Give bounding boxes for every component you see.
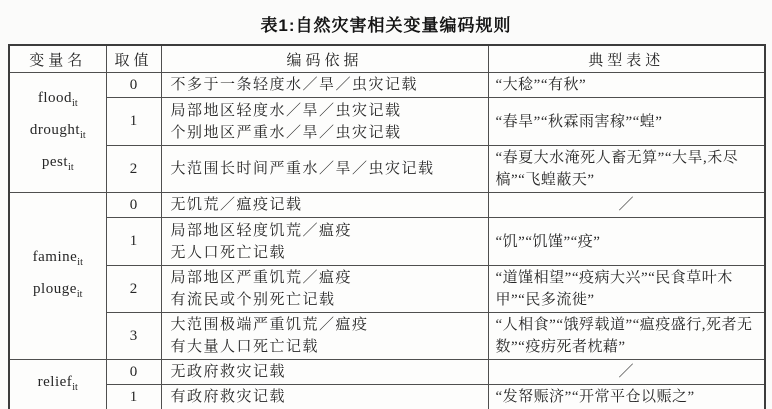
basis-line: 不多于一条轻度水／旱／虫灾记载 <box>171 74 484 96</box>
basis-line: 大范围长时间严重水／旱／虫灾记载 <box>171 158 484 180</box>
variable-base: plouge <box>33 281 77 297</box>
header-coding-basis: 编码依据 <box>161 45 488 73</box>
basis-line: 有大量人口死亡记载 <box>171 336 484 358</box>
basis-line: 局部地区轻度饥荒／瘟疫 <box>171 220 484 242</box>
typical-cell: ／ <box>488 360 765 385</box>
typical-cell: “人相食”“饿殍载道”“瘟疫盛行,死者无数”“疫疠死者枕藉” <box>488 313 765 360</box>
header-typical-expression: 典型表述 <box>488 45 765 73</box>
table-row: 2 局部地区严重饥荒／瘟疫 有流民或个别死亡记载 “道馑相望”“疫病大兴”“民食… <box>9 266 765 313</box>
basis-cell: 局部地区轻度水／旱／虫灾记载 个别地区严重水／旱／虫灾记载 <box>161 98 488 146</box>
variable-subscript: it <box>77 257 83 268</box>
value-cell: 3 <box>106 313 161 360</box>
value-cell: 2 <box>106 266 161 313</box>
basis-line: 个别地区严重水／旱／虫灾记载 <box>171 122 484 144</box>
basis-cell: 局部地区轻度饥荒／瘟疫 无人口死亡记载 <box>161 218 488 266</box>
basis-line: 无政府救灾记载 <box>171 361 484 383</box>
basis-line: 无人口死亡记载 <box>171 242 484 264</box>
variable-subscript: it <box>68 162 74 173</box>
variable-cell-famine-plouge: famineit plougeit <box>9 193 106 360</box>
value-cell: 1 <box>106 218 161 266</box>
value-cell: 2 <box>106 146 161 193</box>
basis-cell: 不多于一条轻度水／旱／虫灾记载 <box>161 73 488 98</box>
variable-plouge: plougeit <box>10 276 106 308</box>
variable-flood: floodit <box>10 85 106 117</box>
variable-subscript: it <box>77 289 83 300</box>
value-cell: 0 <box>106 193 161 218</box>
table-title: 表1:自然灾害相关变量编码规则 <box>0 11 772 36</box>
basis-line: 有政府救灾记载 <box>171 386 484 408</box>
basis-cell: 无政府救灾记载 <box>161 360 488 385</box>
basis-cell: 有政府救灾记载 <box>161 385 488 409</box>
variable-base: flood <box>38 90 72 106</box>
variable-subscript: it <box>80 130 86 141</box>
typical-cell: “发帑赈济”“开常平仓以赈之” <box>488 385 765 409</box>
table-row: floodit droughtit pestit 0 不多于一条轻度水／旱／虫灾… <box>9 73 765 98</box>
basis-cell: 局部地区严重饥荒／瘟疫 有流民或个别死亡记载 <box>161 266 488 313</box>
typical-cell: “饥”“饥馑”“疫” <box>488 218 765 266</box>
table-row: 3 大范围极端严重饥荒／瘟疫 有大量人口死亡记载 “人相食”“饿殍载道”“瘟疫盛… <box>9 313 765 360</box>
value-cell: 0 <box>106 73 161 98</box>
coding-rules-table: 变量名 取值 编码依据 典型表述 floodit droughtit pesti… <box>8 44 766 409</box>
variable-base: pest <box>42 154 68 170</box>
value-cell: 1 <box>106 98 161 146</box>
variable-cell-relief: reliefit <box>9 360 106 409</box>
table-row: 1 局部地区轻度水／旱／虫灾记载 个别地区严重水／旱／虫灾记载 “春旱”“秋霖雨… <box>9 98 765 146</box>
table-row: 1 局部地区轻度饥荒／瘟疫 无人口死亡记载 “饥”“饥馑”“疫” <box>9 218 765 266</box>
basis-line: 局部地区轻度水／旱／虫灾记载 <box>171 100 484 122</box>
value-cell: 1 <box>106 385 161 409</box>
typical-cell: “春夏大水淹死人畜无算”“大旱,禾尽槁”“飞蝗蔽天” <box>488 146 765 193</box>
table-row: 2 大范围长时间严重水／旱／虫灾记载 “春夏大水淹死人畜无算”“大旱,禾尽槁”“… <box>9 146 765 193</box>
variable-drought: droughtit <box>10 117 106 149</box>
header-variable-name: 变量名 <box>9 45 106 73</box>
variable-pest: pestit <box>10 149 106 181</box>
basis-cell: 大范围长时间严重水／旱／虫灾记载 <box>161 146 488 193</box>
table-row: reliefit 0 无政府救灾记载 ／ <box>9 360 765 385</box>
header-value: 取值 <box>106 45 161 73</box>
basis-cell: 大范围极端严重饥荒／瘟疫 有大量人口死亡记载 <box>161 313 488 360</box>
variable-base: famine <box>33 249 78 265</box>
variable-famine: famineit <box>10 244 106 276</box>
variable-subscript: it <box>72 98 78 109</box>
typical-cell: “大稔”“有秋” <box>488 73 765 98</box>
typical-cell: ／ <box>488 193 765 218</box>
basis-cell: 无饥荒／瘟疫记载 <box>161 193 488 218</box>
typical-cell: “道馑相望”“疫病大兴”“民食草叶木甲”“民多流徙” <box>488 266 765 313</box>
variable-base: relief <box>38 374 73 390</box>
variable-base: drought <box>30 122 80 138</box>
basis-line: 大范围极端严重饥荒／瘟疫 <box>171 314 484 336</box>
basis-line: 有流民或个别死亡记载 <box>171 289 484 311</box>
typical-cell: “春旱”“秋霖雨害稼”“蝗” <box>488 98 765 146</box>
value-cell: 0 <box>106 360 161 385</box>
basis-line: 局部地区严重饥荒／瘟疫 <box>171 267 484 289</box>
document-page: { "page": { "title": "表1:自然灾害相关变量编码规则" }… <box>0 0 772 409</box>
table-row: famineit plougeit 0 无饥荒／瘟疫记载 ／ <box>9 193 765 218</box>
basis-line: 无饥荒／瘟疫记载 <box>171 194 484 216</box>
table-row: 1 有政府救灾记载 “发帑赈济”“开常平仓以赈之” <box>9 385 765 409</box>
variable-cell-flood-drought-pest: floodit droughtit pestit <box>9 73 106 193</box>
variable-subscript: it <box>72 382 78 393</box>
header-row: 变量名 取值 编码依据 典型表述 <box>9 45 765 73</box>
variable-relief: reliefit <box>10 369 106 401</box>
